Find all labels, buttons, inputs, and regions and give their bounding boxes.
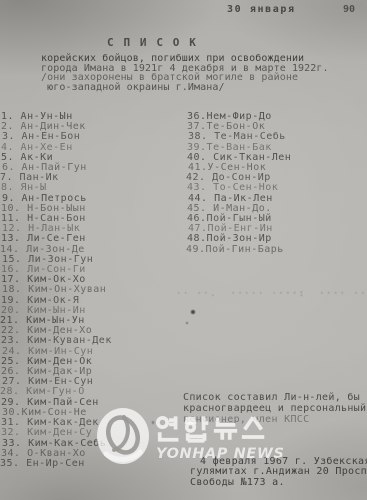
hangul-nyu: [214, 417, 237, 439]
scanned-document: 30 января 90 С П И С О К корейских бойцо…: [0, 0, 367, 500]
document-subtitle: корейских бойцов, погибших при освобожде…: [41, 54, 329, 92]
ink-speck: [191, 310, 195, 314]
illegible-faded-line: ·· ··. ····· ····: ···· ·· ·· ·· ·: [176, 289, 366, 299]
hangul-hap: [185, 416, 208, 440]
document-title: С П И С О К: [107, 36, 197, 49]
yonhap-korean-text: [156, 415, 268, 444]
yonhap-logo-icon: [94, 404, 152, 468]
ink-speck: [186, 322, 188, 324]
page-number: 90: [343, 4, 355, 15]
yonhap-watermark: YONHAP NEWS: [92, 402, 367, 468]
yonhap-latin-text: YONHAP NEWS: [156, 446, 285, 462]
name-list-right-column: 36.Нем-Фир-До37.Те-Бон-Ок38. Те-Ман-Себь…: [187, 112, 291, 255]
list-item: 49.Пой-Гин-Барь: [186, 245, 290, 255]
hangul-seu: [242, 417, 264, 437]
note-line: Свободы №173 а.: [190, 478, 367, 488]
hangul-yeon: [158, 416, 179, 439]
subtitle-line: юго-западной окраины г.Имана/: [41, 83, 329, 93]
document-date: 30 января: [227, 4, 296, 15]
